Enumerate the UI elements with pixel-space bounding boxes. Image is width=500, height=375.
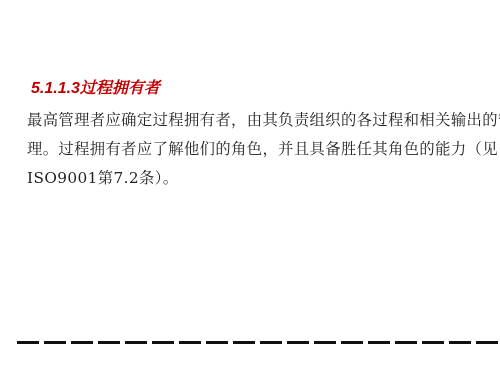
divider-dash	[287, 341, 309, 344]
paragraph-line-3: ISO9001第7.2条）。	[27, 164, 487, 193]
divider-dash	[476, 341, 498, 344]
paragraph-line-1: 最高管理者应确定过程拥有者，由其负责组织的各过程和相关输出的管	[27, 106, 487, 135]
divider-dash	[71, 341, 93, 344]
divider-dash	[314, 341, 336, 344]
divider-dash	[206, 341, 228, 344]
divider-dash	[233, 341, 255, 344]
divider-dash	[341, 341, 363, 344]
divider-dash	[44, 341, 66, 344]
divider-dash	[260, 341, 282, 344]
divider-dash	[422, 341, 444, 344]
section-title: 5.1.1.3过程拥有者	[31, 75, 160, 98]
divider-dash	[179, 341, 201, 344]
body-paragraph: 最高管理者应确定过程拥有者，由其负责组织的各过程和相关输出的管 理。过程拥有者应…	[27, 106, 487, 193]
paragraph-line-2: 理。过程拥有者应了解他们的角色，并且具备胜任其角色的能力（见	[27, 135, 487, 164]
divider-dash	[395, 341, 417, 344]
divider-dash	[17, 341, 39, 344]
divider-dash	[125, 341, 147, 344]
dashed-divider	[17, 341, 500, 344]
divider-dash	[98, 341, 120, 344]
divider-dash	[449, 341, 471, 344]
divider-dash	[368, 341, 390, 344]
divider-dash	[152, 341, 174, 344]
